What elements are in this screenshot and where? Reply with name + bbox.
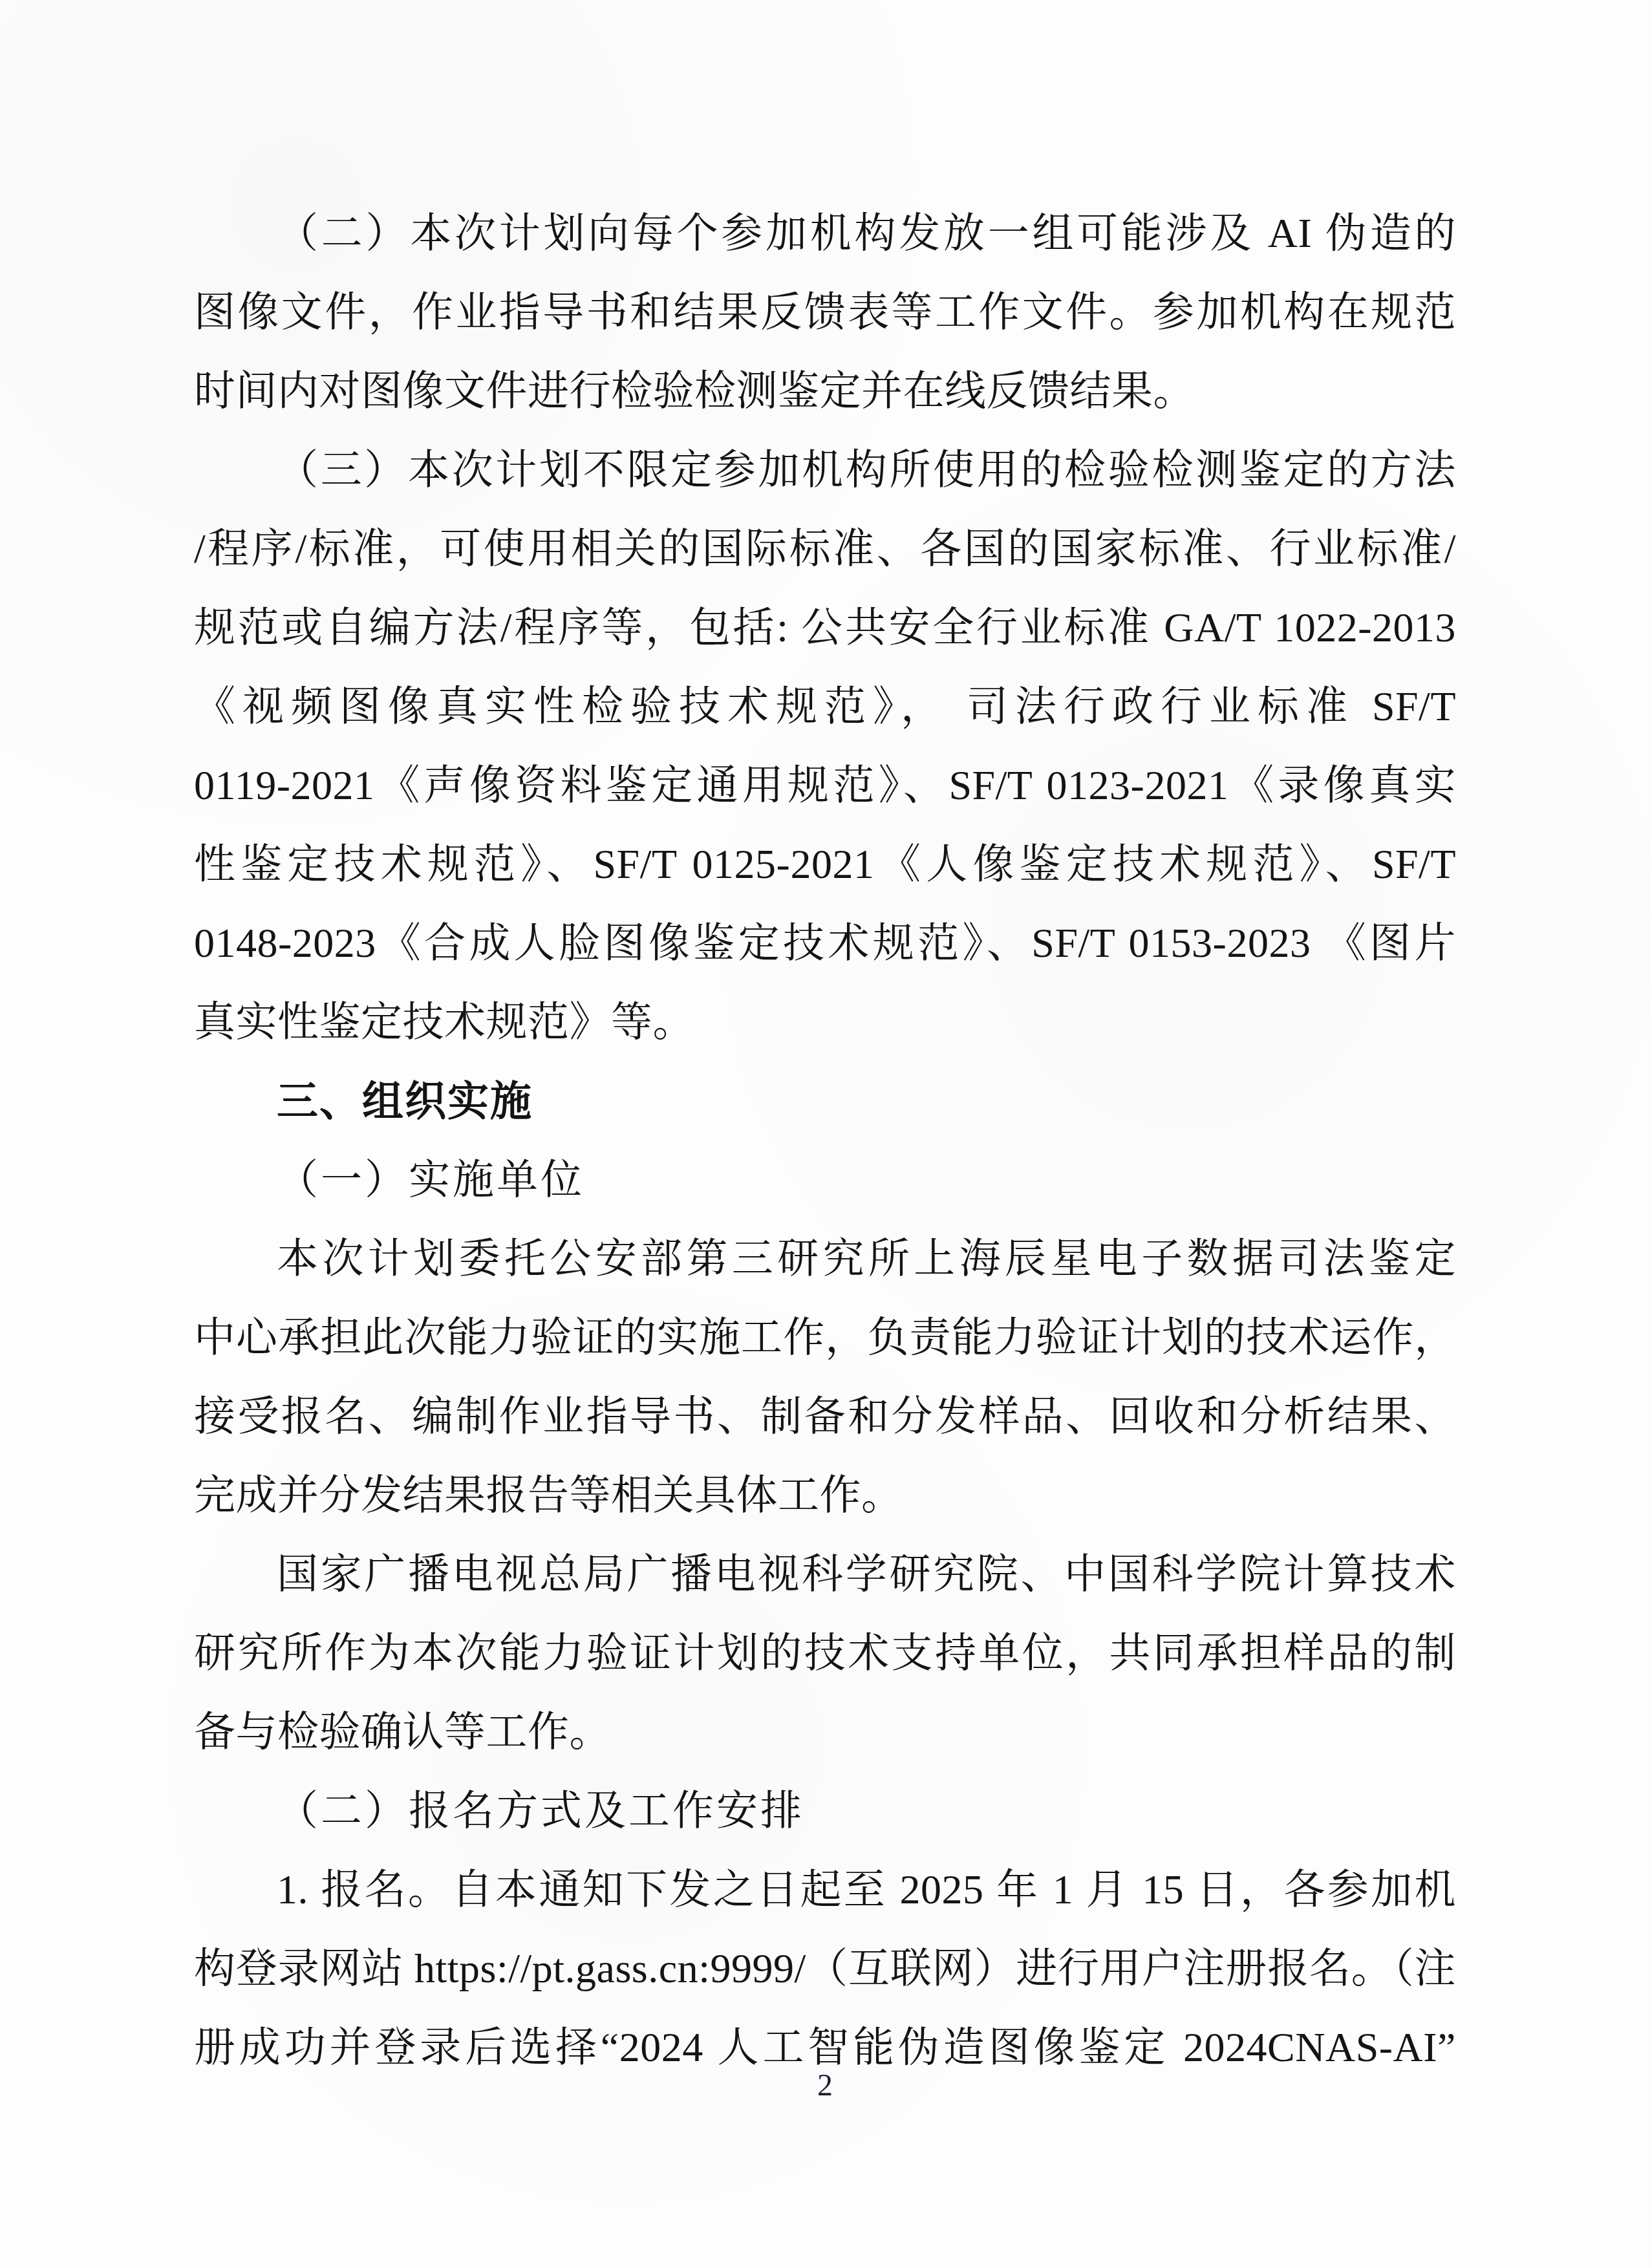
text-line: 《视频图像真实性检验技术规范》， 司法行政行业标准 SF/T [194, 667, 1456, 746]
document-text-block: （二）本次计划向每个参加机构发放一组可能涉及 AI 伪造的图像文件，作业指导书和… [194, 194, 1456, 2087]
text-line: 完成并分发结果报告等相关具体工作。 [194, 1456, 1456, 1535]
section-heading: 三、组织实施 [194, 1062, 1456, 1140]
subsection-heading: （一）实施单位 [194, 1140, 1456, 1219]
text-line: （二）本次计划向每个参加机构发放一组可能涉及 AI 伪造的 [194, 194, 1456, 273]
document-page: （二）本次计划向每个参加机构发放一组可能涉及 AI 伪造的图像文件，作业指导书和… [0, 0, 1650, 2268]
page-number: 2 [0, 2066, 1650, 2105]
text-line: 时间内对图像文件进行检验检测鉴定并在线反馈结果。 [194, 352, 1456, 431]
text-line: 真实性鉴定技术规范》等。 [194, 983, 1456, 1062]
text-line: 构登录网站 https://pt.gass.cn:9999/（互联网）进行用户注… [194, 1929, 1456, 2008]
text-line: 图像文件，作业指导书和结果反馈表等工作文件。参加机构在规范 [194, 273, 1456, 352]
text-line: 中心承担此次能力验证的实施工作，负责能力验证计划的技术运作， [194, 1298, 1456, 1377]
text-line: 本次计划委托公安部第三研究所上海辰星电子数据司法鉴定 [194, 1219, 1456, 1298]
text-line: 备与检验确认等工作。 [194, 1693, 1456, 1771]
text-line: 0119-2021《声像资料鉴定通用规范》、SF/T 0123-2021《录像真… [194, 746, 1456, 825]
text-line: 接受报名、编制作业指导书、制备和分发样品、回收和分析结果、 [194, 1377, 1456, 1456]
text-line: 性鉴定技术规范》、SF/T 0125-2021《人像鉴定技术规范》、SF/T [194, 825, 1456, 904]
subsection-heading: （二）报名方式及工作安排 [194, 1771, 1456, 1850]
text-line: 国家广播电视总局广播电视科学研究院、中国科学院计算技术 [194, 1535, 1456, 1614]
text-line: （三）本次计划不限定参加机构所使用的检验检测鉴定的方法 [194, 431, 1456, 509]
text-line: 规范或自编方法/程序等，包括: 公共安全行业标准 GA/T 1022-2013 [194, 588, 1456, 667]
text-line: /程序/标准，可使用相关的国际标准、各国的国家标准、行业标准/ [194, 509, 1456, 588]
text-line: 研究所作为本次能力验证计划的技术支持单位，共同承担样品的制 [194, 1614, 1456, 1693]
text-line: 1. 报名。自本通知下发之日起至 2025 年 1 月 15 日，各参加机 [194, 1850, 1456, 1929]
text-line: 0148-2023《合成人脸图像鉴定技术规范》、SF/T 0153-2023 《… [194, 904, 1456, 983]
